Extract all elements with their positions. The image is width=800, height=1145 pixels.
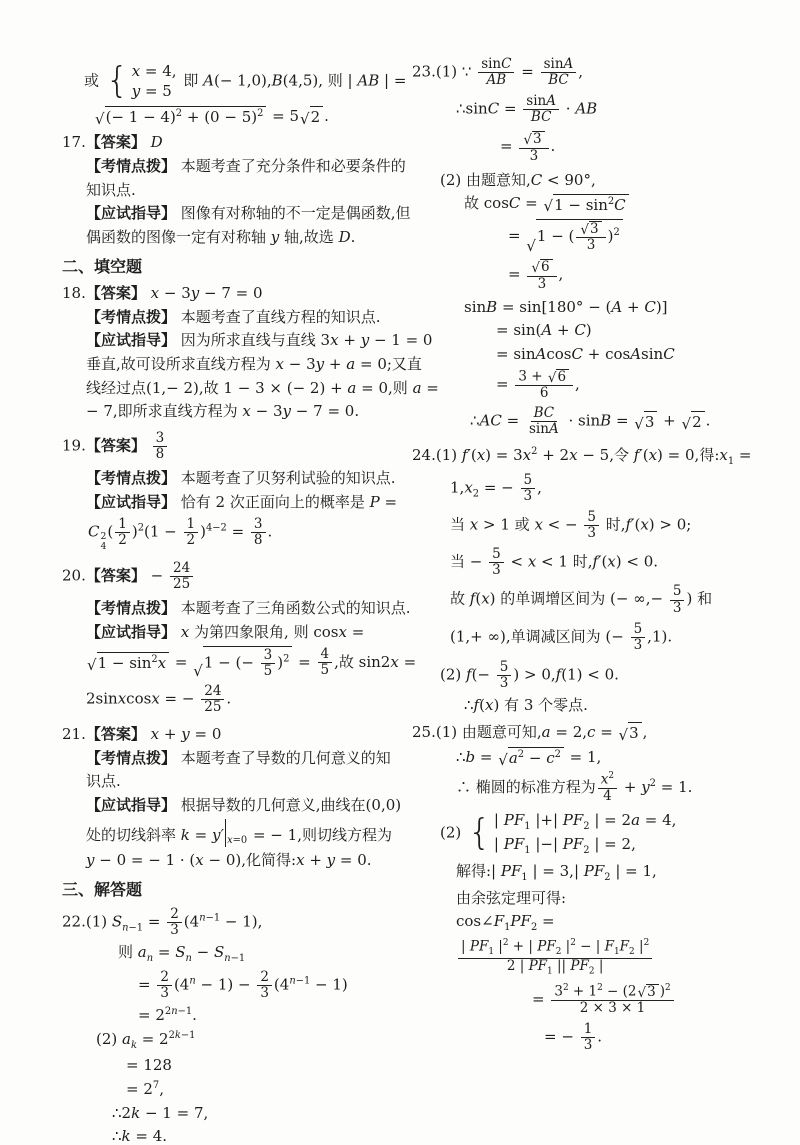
math-line: 解得:| PF1 | = 3,| PF2 | = 1, [412,861,798,885]
fraction: 12 [184,517,199,548]
cases-brace: {| PF1 |+| PF2 | = 2a = 4,| PF1 |−| PF2 … [468,810,676,857]
eval-bar: x=0 [225,819,247,848]
math-line: 由余弦定理可得: [412,888,798,909]
radical: √(− 1 − 4)2 + (0 − 5)2 [95,106,266,128]
radical: √3 [523,131,544,147]
math-line: 垂直,故可设所求直线方程为 x − 3y + a = 0;又直 [62,354,418,375]
math-line: = 27, [62,1079,418,1100]
section-heading: 二、填空题 [62,256,418,278]
math-line: = 32 + 12 − (2√3)22 × 3 × 1 [412,983,798,1017]
keyword-label: 【考情点拨】 [86,599,176,617]
fraction: | PF1 |2 + | PF2 |2 − | F1F2 |22 | PF1 |… [458,939,652,978]
keyword-label: 【应试指导】 [86,493,176,511]
math-line: 当 − 53 < x < 1 时,f′(x) < 0. [412,546,798,579]
math-line: 24.(1) f′(x) = 3x2 + 2x − 5,令 f′(x) = 0,… [412,445,798,469]
math-line: 或 {x = 4,y = 5 即 A(− 1,0),B(4,5), 则 | AB… [62,60,418,103]
math-line: 22.(1) Sn−1 = 23(4n−1 − 1), [62,906,418,939]
fraction: 53 [670,584,685,615]
math-line: 21.【答案】 x + y = 0 [62,724,418,745]
math-line: 2sinxcosx = − 2425. [62,683,418,716]
math-line: ∴AC = BCsinA · sinB = √3 + √2. [412,405,798,438]
radical: √6 [548,369,569,385]
math-line: = √1 − (√33)2 [412,219,798,254]
fraction: x24 [598,772,617,804]
math-line: = 22n−1. [62,1005,418,1026]
radical: √3 [634,411,657,433]
math-line: = √33. [412,130,798,164]
radical: √1 − (√33)2 [526,219,622,254]
math-line: 20.【答案】 − 2425 [62,560,418,593]
math-line: 处的切线斜率 k = y′x=0 = − 1,则切线方程为 [62,819,418,848]
fraction: 13 [581,1022,596,1053]
fraction: 53 [631,622,646,653]
math-line: = − 13. [412,1021,798,1054]
fraction: 23 [167,907,182,938]
fraction: 53 [521,473,536,504]
math-line: 【应试指导】 图像有对称轴的不一定是偶函数,但 [62,203,418,224]
math-line: ∴k = 4. [62,1126,418,1145]
math-line: 偶函数的图像一定有对称轴 y 轴,故选 D. [62,227,418,248]
math-line: 【考情点拨】 本题考查了充分条件和必要条件的 [62,156,418,177]
fraction: sinABC [523,94,559,125]
radical: √3 [638,984,659,1000]
math-line: 23.(1) ∵ sinCAB = sinABC, [412,56,798,89]
cases-brace: {x = 4,y = 5 [106,61,177,102]
math-line: 【应试指导】 根据导数的几何意义,曲线在(0,0) [62,795,418,816]
fraction: BCsinA [526,406,562,437]
math-line: 故 cosC = √1 − sin2C [412,193,798,215]
keyword-label: 【考情点拨】 [86,469,176,487]
radical: √2 [300,106,323,128]
right-column: 23.(1) ∵ sinCAB = sinABC,∴sinC = sinABC … [412,56,798,1057]
keyword-label: 【答案】 [86,437,146,455]
math-line: 19.【答案】 38 [62,430,418,463]
radical: √6 [531,259,552,275]
fraction: 35 [261,648,276,679]
left-column: 或 {x = 4,y = 5 即 A(− 1,0),B(4,5), 则 | AB… [62,60,418,1145]
fraction: √33 [519,131,548,163]
math-line: (1,+ ∞),单调减区间为 (− 53,1). [412,621,798,654]
math-line: 知识点. [62,180,418,201]
fraction: 23 [157,970,172,1001]
radical: √1 − sin2C [544,194,629,216]
math-line: sinB = sin[180° − (A + C)] [412,297,798,318]
math-line: 【考情点拨】 本题考查了导数的几何意义的知 [62,748,418,769]
math-line: | PF1 |2 + | PF2 |2 − | F1F2 |22 | PF1 |… [412,938,798,979]
math-line: 【应试指导】 恰有 2 次正面向上的概率是 P = [62,492,418,513]
math-line: 故 f(x) 的单调增区间为 (− ∞,− 53) 和 [412,583,798,616]
radical: √2 [682,411,705,433]
math-line: = 23(4n − 1) − 23(4n−1 − 1) [62,969,418,1002]
keyword-label: 【答案】 [86,284,146,302]
fraction: 3 + √66 [515,369,573,401]
math-line: 识点. [62,771,418,792]
math-line: = sin(A + C) [412,320,798,341]
math-line: 1,x2 = − 53, [412,472,798,505]
fraction: 12 [115,517,130,548]
math-line: 【应试指导】 x 为第四象限角, 则 cosx = [62,622,418,643]
math-line: = √63, [412,258,798,292]
math-line: ∴2k − 1 = 7, [62,1103,418,1124]
keyword-label: 【应试指导】 [86,796,176,814]
math-line: (2) ak = 22k−1 [62,1029,418,1053]
math-line: 【考情点拨】 本题考查了贝努利试验的知识点. [62,468,418,489]
math-line: 当 x > 1 或 x < − 53 时,f′(x) > 0; [412,509,798,542]
fraction: 32 + 12 − (2√3)22 × 3 × 1 [551,984,673,1016]
document-page: 或 {x = 4,y = 5 即 A(− 1,0),B(4,5), 则 | AB… [0,0,800,1145]
math-line: 25.(1) 由题意可知,a = 2,c = √3, [412,722,798,744]
stacked-script: 24 [100,532,106,552]
math-line: 17.【答案】 D [62,132,418,153]
fraction: √63 [527,259,556,291]
math-line: 18.【答案】 x − 3y − 7 = 0 [62,283,418,304]
keyword-label: 【考情点拨】 [86,749,176,767]
math-line: √1 − sin2x = √1 − (− 35)2 = 45,故 sin2x = [62,646,418,680]
fraction: sinCAB [478,57,514,88]
keyword-label: 【应试指导】 [86,623,176,641]
math-line: (2) 由题意知,C < 90°, [412,170,798,191]
keyword-label: 【考情点拨】 [86,157,176,175]
math-line: = sinAcosC + cosAsinC [412,344,798,365]
fraction: √33 [576,221,605,253]
math-line: = 3 + √66, [412,368,798,402]
radical: √3 [580,221,601,237]
math-line: 【应试指导】 因为所求直线与直线 3x + y − 1 = 0 [62,330,418,351]
fraction: 53 [489,547,504,578]
fraction: 53 [584,510,599,541]
fraction: 2425 [201,684,224,715]
keyword-label: 【应试指导】 [86,331,176,349]
fraction: 2425 [170,561,193,592]
math-line: C24(12)2(1 − 12)4−2 = 38. [62,516,418,552]
math-line: ∴f(x) 有 3 个零点. [412,695,798,716]
keyword-label: 【答案】 [86,133,146,151]
radical: √1 − sin2x [87,652,169,674]
fraction: sinABC [541,57,577,88]
math-line: ∴b = √a2 − c2 = 1, [412,747,798,769]
math-line: 线经过点(1,− 2),故 1 − 3 × (− 2) + a = 0,则 a … [62,378,418,399]
fraction: 53 [497,660,512,691]
keyword-label: 【考情点拨】 [86,308,176,326]
math-line: − 7,即所求直线方程为 x − 3y − 7 = 0. [62,401,418,422]
radical: √a2 − c2 [498,747,564,769]
section-heading: 三、解答题 [62,879,418,901]
fraction: 38 [251,517,266,548]
math-line: 【考情点拨】 本题考查了三角函数公式的知识点. [62,598,418,619]
keyword-label: 【答案】 [86,567,146,585]
math-line: = 128 [62,1055,418,1076]
math-line: 则 an = Sn − Sn−1 [62,942,418,966]
math-line: (2) {| PF1 |+| PF2 | = 2a = 4,| PF1 |−| … [412,809,798,858]
math-line: cos∠F1PF2 = [412,911,798,935]
fraction: 45 [318,647,333,678]
radical: √3 [619,722,642,744]
math-line: ∴ 椭圆的标准方程为x24 + y2 = 1. [412,771,798,805]
math-line: (2) f(− 53) > 0,f(1) < 0. [412,659,798,692]
math-line: 【考情点拨】 本题考查了直线方程的知识点. [62,307,418,328]
math-line: ∴sinC = sinABC · AB [412,93,798,126]
radical: √1 − (− 35)2 [193,646,292,680]
math-line: √(− 1 − 4)2 + (0 − 5)2 = 5√2. [62,106,418,128]
keyword-label: 【应试指导】 [86,204,176,222]
fraction: 38 [153,431,168,462]
math-line: y − 0 = − 1 · (x − 0),化简得:x + y = 0. [62,850,418,871]
fraction: 23 [257,970,272,1001]
keyword-label: 【答案】 [86,725,146,743]
